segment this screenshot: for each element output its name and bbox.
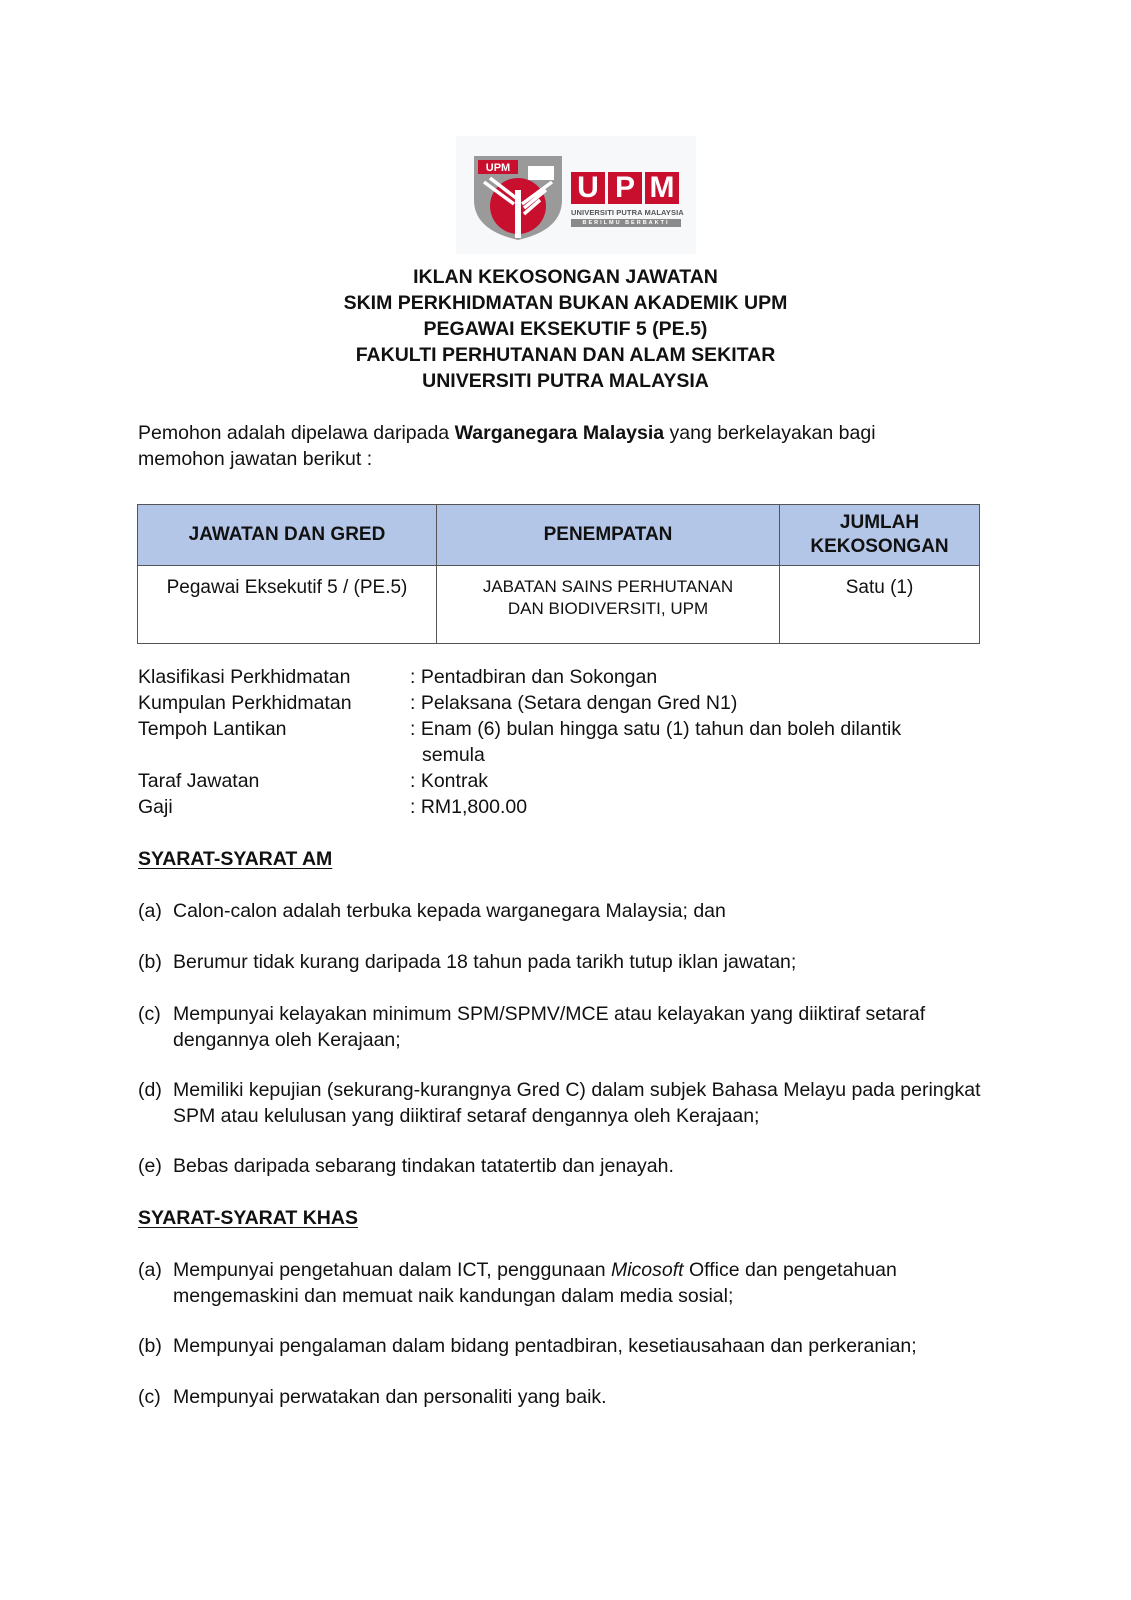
header-placement: PENEMPATAN bbox=[437, 505, 780, 566]
header-position: JAWATAN DAN GRED bbox=[138, 505, 437, 566]
document-page: UPM U P M UNIVERSITI PUTRA MALAYSIA BERI… bbox=[0, 0, 1131, 1600]
info-label: Gaji bbox=[138, 794, 410, 820]
info-label: Taraf Jawatan bbox=[138, 768, 410, 794]
info-label: Tempoh Lantikan bbox=[138, 716, 410, 768]
upm-wordmark: U P M bbox=[571, 172, 679, 204]
info-value: : Pelaksana (Setara dengan Gred N1) bbox=[410, 690, 968, 716]
list-item: (c)Mempunyai perwatakan dan personaliti … bbox=[138, 1384, 988, 1410]
item-text: Memiliki kepujian (sekurang-kurangnya Gr… bbox=[173, 1077, 988, 1129]
vacancy-table: JAWATAN DAN GRED PENEMPATAN JUMLAH KEKOS… bbox=[137, 504, 980, 644]
section-heading-general: SYARAT-SYARAT AM bbox=[138, 846, 332, 872]
item-text: Mempunyai kelayakan minimum SPM/SPMV/MCE… bbox=[173, 1001, 988, 1053]
item-text: Mempunyai pengalaman dalam bidang pentad… bbox=[173, 1333, 988, 1359]
title-line: SKIM PERKHIDMATAN BUKAN AKADEMIK UPM bbox=[0, 290, 1131, 316]
info-row: Klasifikasi Perkhidmatan: Pentadbiran da… bbox=[138, 664, 968, 690]
info-row: Taraf Jawatan: Kontrak bbox=[138, 768, 968, 794]
info-row: Tempoh Lantikan: Enam (6) bulan hingga s… bbox=[138, 716, 968, 768]
item-marker: (c) bbox=[138, 1001, 173, 1053]
item-text: Mempunyai pengetahuan dalam ICT, penggun… bbox=[173, 1257, 988, 1309]
university-name: UNIVERSITI PUTRA MALAYSIA bbox=[571, 208, 684, 217]
list-item: (d)Memiliki kepujian (sekurang-kurangnya… bbox=[138, 1077, 988, 1129]
list-item: (b)Mempunyai pengalaman dalam bidang pen… bbox=[138, 1333, 988, 1359]
item-text: Berumur tidak kurang daripada 18 tahun p… bbox=[173, 949, 988, 975]
svg-text:UPM: UPM bbox=[486, 162, 510, 174]
title-line: PEGAWAI EKSEKUTIF 5 (PE.5) bbox=[0, 316, 1131, 342]
table-header-row: JAWATAN DAN GRED PENEMPATAN JUMLAH KEKOS… bbox=[138, 505, 980, 566]
header-vacancies-label: JUMLAH KEKOSONGAN bbox=[800, 511, 960, 559]
list-item: (a)Mempunyai pengetahuan dalam ICT, peng… bbox=[138, 1257, 988, 1309]
item-marker: (e) bbox=[138, 1153, 173, 1179]
intro-emphasis: Warganegara Malaysia bbox=[455, 422, 665, 444]
item-marker: (c) bbox=[138, 1384, 173, 1410]
info-value: : RM1,800.00 bbox=[410, 794, 968, 820]
info-value: : Enam (6) bulan hingga satu (1) tahun d… bbox=[410, 716, 952, 768]
table-row: Pegawai Eksekutif 5 / (PE.5) JABATAN SAI… bbox=[138, 566, 980, 644]
list-item: (a)Calon-calon adalah terbuka kepada war… bbox=[138, 898, 988, 924]
item-marker: (a) bbox=[138, 898, 173, 924]
header-vacancies: JUMLAH KEKOSONGAN bbox=[780, 505, 980, 566]
item-text: Calon-calon adalah terbuka kepada wargan… bbox=[173, 898, 988, 924]
item-marker: (d) bbox=[138, 1077, 173, 1129]
info-label: Kumpulan Perkhidmatan bbox=[138, 690, 410, 716]
list-item: (c)Mempunyai kelayakan minimum SPM/SPMV/… bbox=[138, 1001, 988, 1053]
title-line: IKLAN KEKOSONGAN JAWATAN bbox=[0, 264, 1131, 290]
item-text-part: Mempunyai pengetahuan dalam ICT, penggun… bbox=[173, 1259, 611, 1281]
job-info: Klasifikasi Perkhidmatan: Pentadbiran da… bbox=[138, 664, 968, 820]
section-heading-special: SYARAT-SYARAT KHAS bbox=[138, 1205, 358, 1231]
cell-vacancies: Satu (1) bbox=[780, 566, 980, 644]
info-label: Klasifikasi Perkhidmatan bbox=[138, 664, 410, 690]
wordmark-letter: P bbox=[608, 172, 642, 204]
cell-position: Pegawai Eksekutif 5 / (PE.5) bbox=[138, 566, 437, 644]
wordmark-letter: M bbox=[645, 172, 679, 204]
upm-logo: UPM U P M UNIVERSITI PUTRA MALAYSIA BERI… bbox=[456, 136, 696, 254]
upm-shield-icon: UPM bbox=[470, 152, 566, 242]
item-marker: (b) bbox=[138, 1333, 173, 1359]
intro-paragraph: Pemohon adalah dipelawa daripada Wargane… bbox=[138, 420, 958, 472]
info-row: Kumpulan Perkhidmatan: Pelaksana (Setara… bbox=[138, 690, 968, 716]
item-text: Bebas daripada sebarang tindakan tatater… bbox=[173, 1153, 988, 1179]
item-marker: (b) bbox=[138, 949, 173, 975]
info-row: Gaji: RM1,800.00 bbox=[138, 794, 968, 820]
cell-placement: JABATAN SAINS PERHUTANAN DAN BIODIVERSIT… bbox=[437, 566, 780, 644]
info-value: : Kontrak bbox=[410, 768, 968, 794]
document-title: IKLAN KEKOSONGAN JAWATAN SKIM PERKHIDMAT… bbox=[0, 264, 1131, 394]
wordmark-letter: U bbox=[571, 172, 605, 204]
item-marker: (a) bbox=[138, 1257, 173, 1309]
title-line: UNIVERSITI PUTRA MALAYSIA bbox=[0, 368, 1131, 394]
list-item: (e)Bebas daripada sebarang tindakan tata… bbox=[138, 1153, 988, 1179]
intro-text: Pemohon adalah dipelawa daripada bbox=[138, 422, 455, 444]
item-text-italic: Micosoft bbox=[611, 1259, 684, 1281]
cell-placement-text: JABATAN SAINS PERHUTANAN DAN BIODIVERSIT… bbox=[463, 576, 753, 620]
list-item: (b)Berumur tidak kurang daripada 18 tahu… bbox=[138, 949, 988, 975]
university-motto: BERILMU BERBAKTI bbox=[571, 219, 681, 227]
item-text: Mempunyai perwatakan dan personaliti yan… bbox=[173, 1384, 988, 1410]
title-line: FAKULTI PERHUTANAN DAN ALAM SEKITAR bbox=[0, 342, 1131, 368]
info-value: : Pentadbiran dan Sokongan bbox=[410, 664, 968, 690]
